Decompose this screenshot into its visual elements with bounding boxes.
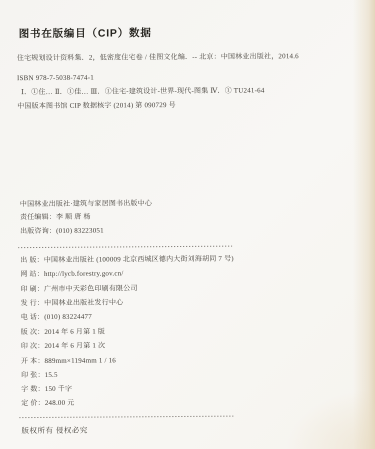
book-colophon-page: { "header": "图书在版编目（CIP）数据", "cip": { "t… <box>0 0 375 449</box>
colophon-line-impression: 印 次：2014 年 6 月第 1 次 <box>21 341 105 352</box>
dotted-divider-bottom <box>19 416 233 419</box>
colophon-line-price: 定 价：248.00 元 <box>21 398 74 408</box>
page-content: 图书在版编目（CIP）数据 住宅规划设计资料集．2，低密度住宅卷 / 佳图文化编… <box>0 0 375 449</box>
cip-isbn-line: ISBN 978-7-5038-7474-1 <box>17 74 94 83</box>
colophon-line-edition: 版 次：2014 年 6 月第 1 版 <box>21 327 105 338</box>
colophon-line-publisher: 出 版：中国林业出版社 (100009 北京西城区德内大街刘海胡同 7 号) <box>20 254 234 265</box>
responsible-editors-line: 责任编辑：李 顺 唐 杨 <box>20 212 91 222</box>
dotted-divider-top <box>18 246 232 249</box>
colophon-line-distributor: 发 行：中国林业出版社发行中心 <box>21 297 124 308</box>
cip-classification-line: Ⅰ．①住… Ⅱ．①佳… Ⅲ．①住宅-建筑设计-世界-现代-图集 Ⅳ．① TU24… <box>21 85 265 97</box>
colophon-line-phone: 电 话：(010) 83224477 <box>21 312 92 322</box>
publishing-consult-line: 出版咨询：(010) 83223051 <box>20 226 104 237</box>
colophon-line-website: 网 站：http://lycb.forestry.gov.cn/ <box>20 268 123 279</box>
cip-data-heading: 图书在版编目（CIP）数据 <box>19 25 152 41</box>
copyright-notice: 版权所有 侵权必究 <box>21 425 87 436</box>
colophon-line-printer: 印 刷：广州市中天彩色印刷有限公司 <box>20 283 137 294</box>
colophon-line-format: 开 本：889mm×1194mm 1 / 16 <box>21 355 116 366</box>
cip-title-line: 住宅规划设计资料集．2，低密度住宅卷 / 佳图文化编．-- 北京：中国林业出版社… <box>17 51 299 63</box>
publisher-center-line: 中国林业出版社·建筑与家居图书出版中心 <box>20 198 152 209</box>
cip-record-number-line: 中国版本图书馆 CIP 数据核字 (2014) 第 090729 号 <box>17 100 176 111</box>
colophon-line-wordcount: 字 数：150 千字 <box>21 384 72 394</box>
colophon-line-sheets: 印 张：15.5 <box>21 370 58 380</box>
